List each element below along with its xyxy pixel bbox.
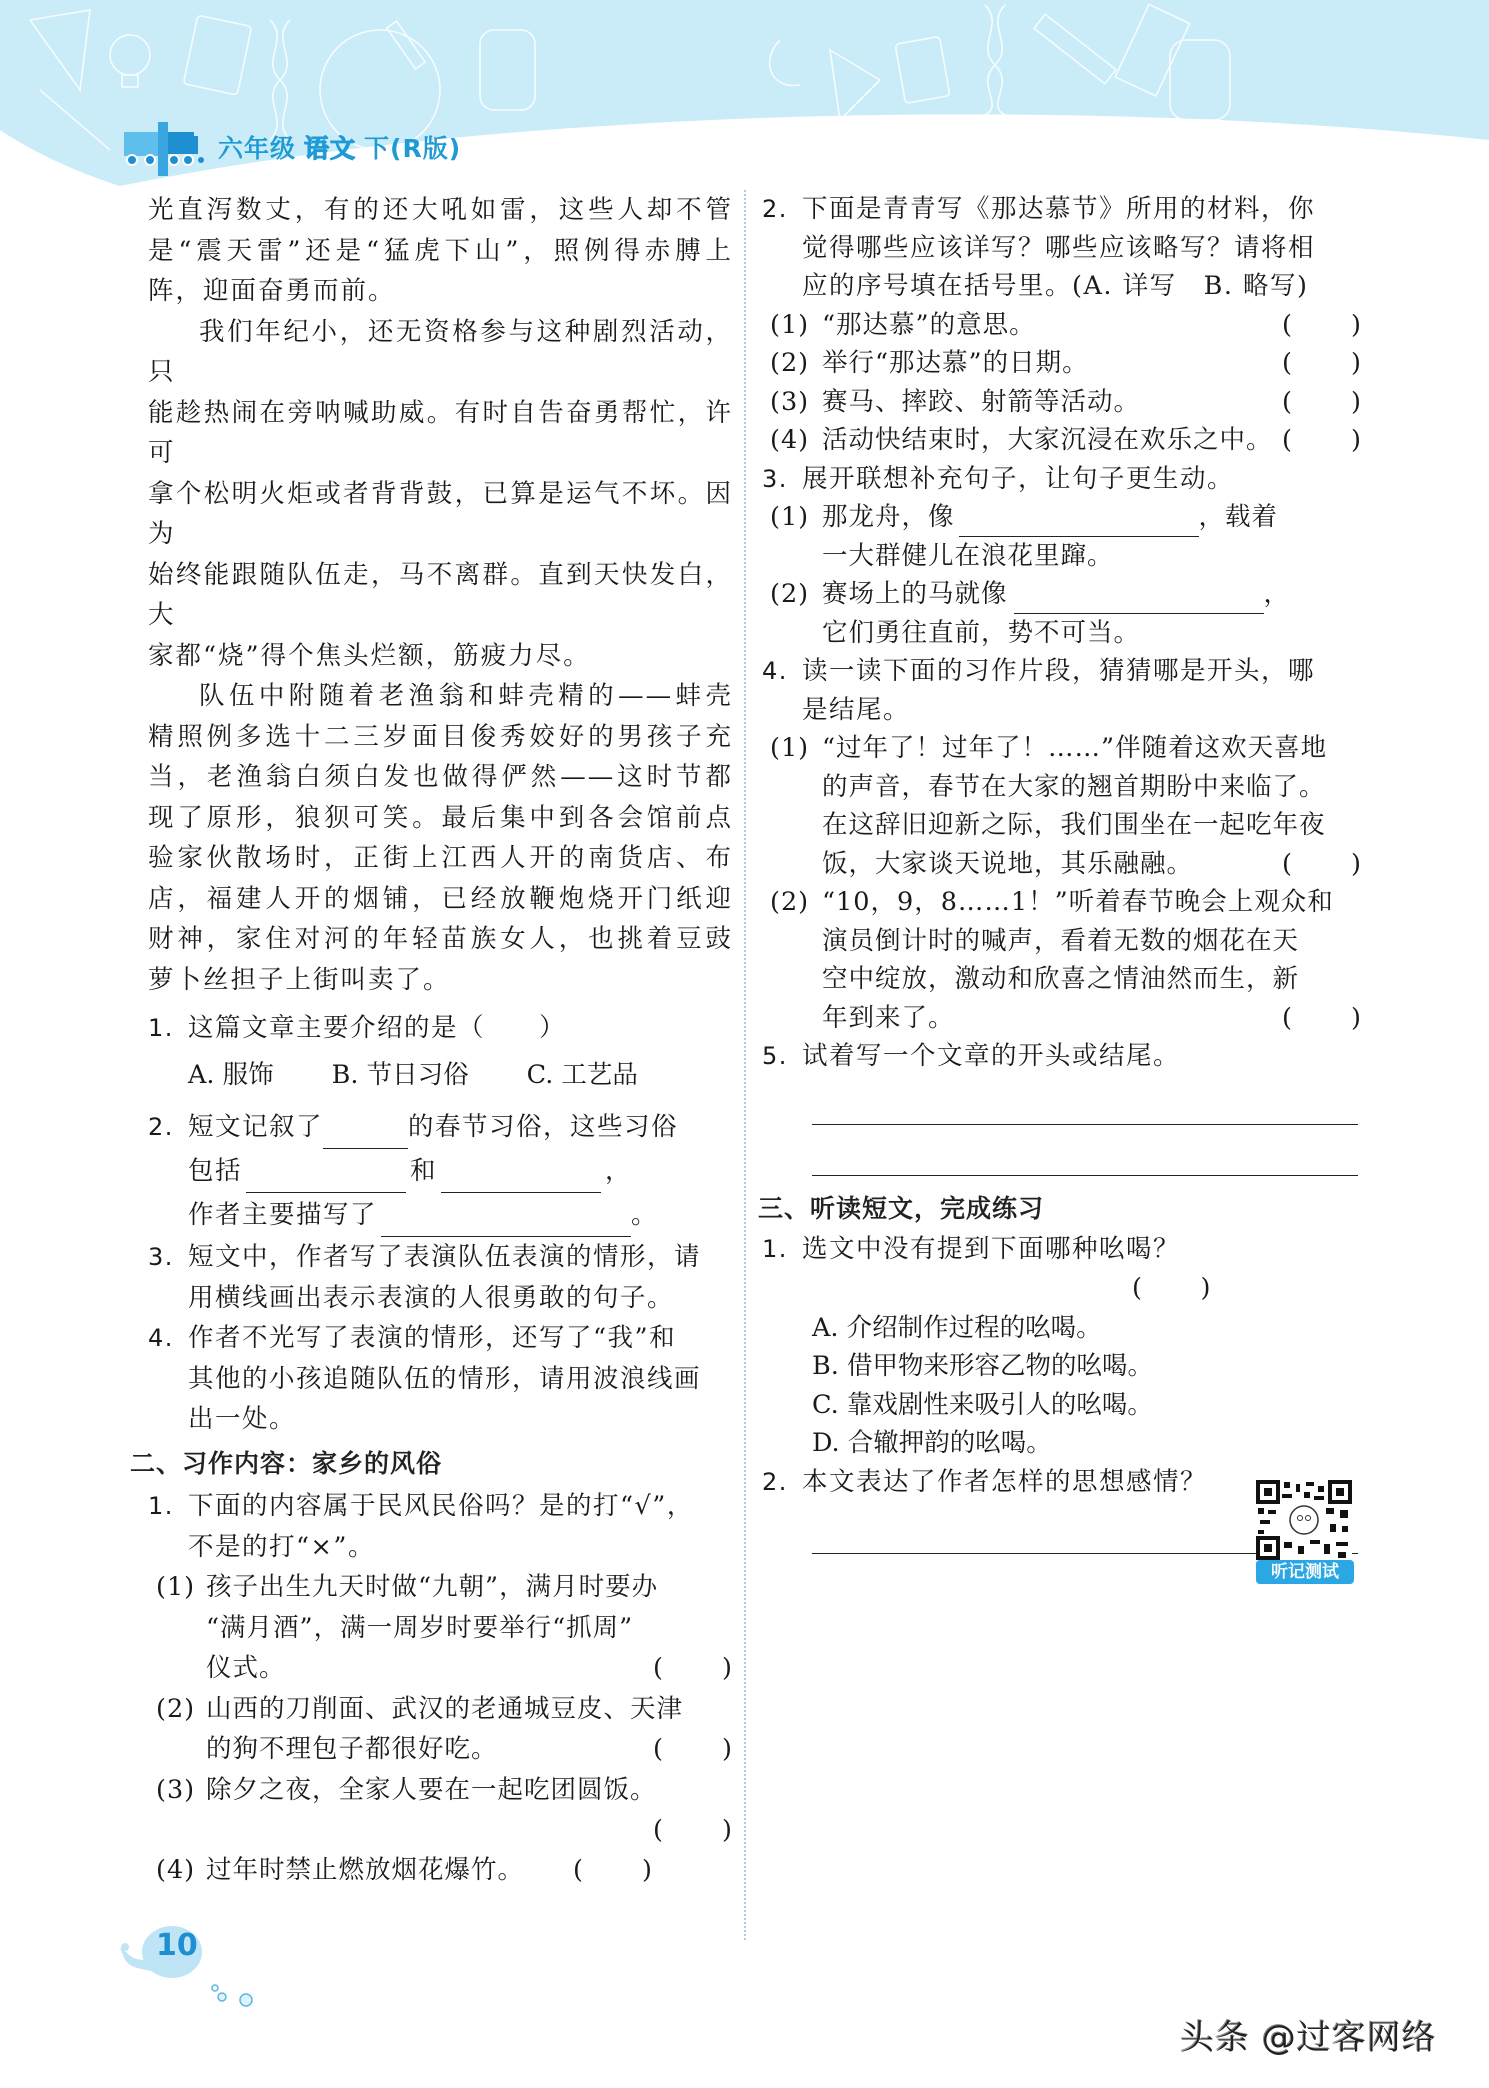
header-banner: 六年级 语文 下(R版) <box>0 0 1489 190</box>
question-text: 作者不光写了表演的情形，还写了“我”和 <box>188 1318 733 1359</box>
question-text: 应的序号填在括号里。(A. 详写 B. 略写) <box>802 267 1362 306</box>
passage-line: 是“震天雷”还是“猛虎下山”，照例得赤膊上 <box>148 231 733 272</box>
passage-line: 现了原形，狼狈可笑。最后集中到各会馆前点 <box>148 798 733 839</box>
item-text: 仪式。 <box>206 1653 286 1683</box>
passage-line: 能趁热闹在旁呐喊助威。有时自告奋勇帮忙，许可 <box>148 393 733 474</box>
dianzhong-logo-icon <box>122 118 204 176</box>
item-text: 赛马、摔跤、射箭等活动。 <box>822 387 1140 417</box>
item-text: 赛场上的马就像 <box>822 579 1008 609</box>
fill-blank[interactable] <box>323 1119 408 1149</box>
judge-item-1: (1) 孩子出生九天时做“九朝”，满月时要办 “满月酒”，满一周岁时要举行“抓周… <box>148 1567 733 1689</box>
section-3-question-1: 1. 选文中没有提到下面哪种吆喝？ ( ) <box>762 1230 1362 1309</box>
question-text: 下面是青青写《那达慕节》所用的材料，你 <box>802 190 1362 229</box>
option-c[interactable]: C. 靠戏剧性来吸引人的吆喝。 <box>812 1386 1362 1425</box>
question-number: 4. <box>762 652 788 691</box>
item-text: 举行“那达慕”的日期。 <box>822 348 1089 378</box>
question-text: 和 <box>410 1156 437 1186</box>
item-text: “那达慕”的意思。 <box>822 310 1036 340</box>
answer-paren[interactable]: ( ) <box>653 1810 733 1851</box>
option-d[interactable]: D. 合辙押韵的吆喝。 <box>812 1424 1362 1463</box>
detail-item-3: (3) 赛马、摔跤、射箭等活动。( ) <box>762 383 1362 422</box>
page-number-badge: 10 <box>110 1920 270 2010</box>
item-number: (4) <box>770 421 809 460</box>
question-text: 短文中，作者写了表演队伍表演的情形，请 <box>188 1237 733 1278</box>
passage-line: 我们年纪小，还无资格参与这种剧烈活动，只 <box>148 312 733 393</box>
section-2-question-3: 3. 展开联想补充句子，让句子更生动。 <box>762 460 1362 499</box>
item-text: 活动快结束时，大家沉浸在欢乐之中。 <box>822 425 1273 455</box>
question-3: 3. 短文中，作者写了表演队伍表演的情形，请 用横线画出表示表演的人很勇敢的句子… <box>148 1237 733 1318</box>
item-text: 演员倒计时的喊声，看着无数的烟花在天 <box>822 922 1362 961</box>
question-1-options: A. 服饰 B. 节日习俗 C. 工艺品 <box>148 1055 733 1096</box>
section-2-question-2: 2. 下面是青青写《那达慕节》所用的材料，你 觉得哪些应该详写？哪些应该略写？请… <box>762 190 1362 306</box>
question-number: 5. <box>762 1037 788 1076</box>
item-text: 饭，大家谈天说地，其乐融融。 <box>822 849 1193 879</box>
question-text: 短文记叙了 <box>188 1112 323 1142</box>
question-1: 1. 这篇文章主要介绍的是（ ） <box>148 1008 733 1049</box>
page-number: 10 <box>156 1928 198 1963</box>
passage-line: 阵，迎面奋勇而前。 <box>148 271 733 312</box>
answer-paren[interactable]: ( ) <box>653 1648 733 1689</box>
passage-line: 精照例多选十二三岁面目俊秀姣好的男孩子充 <box>148 717 733 758</box>
item-number: (2) <box>156 1689 195 1730</box>
answer-paren[interactable]: ( ) <box>1282 344 1362 383</box>
item-number: (2) <box>770 883 809 922</box>
option-a[interactable]: A. 介绍制作过程的吆喝。 <box>812 1309 1362 1348</box>
watermark: 头条 @过客网络 <box>1180 2010 1437 2059</box>
column-divider <box>744 190 746 1940</box>
item-text: 过年时禁止燃放烟花爆竹。 <box>206 1855 524 1885</box>
question-text: 不是的打“×”。 <box>188 1527 733 1568</box>
question-text: 包括 <box>188 1156 242 1186</box>
answer-line[interactable] <box>812 1175 1358 1176</box>
item-text: 在这辞旧迎新之际，我们围坐在一起吃年夜 <box>822 806 1362 845</box>
passage: 光直泻数丈，有的还大吼如雷，这些人却不管 是“震天雷”还是“猛虎下山”，照例得赤… <box>148 190 733 1000</box>
question-number: 2. <box>148 1105 174 1149</box>
question-text: 选文中没有提到下面哪种吆喝？ <box>802 1234 1180 1264</box>
question-number: 3. <box>148 1237 174 1278</box>
section-2-question-1: 1. 下面的内容属于民风民俗吗？是的打“√”， 不是的打“×”。 <box>148 1486 733 1567</box>
fill-blank[interactable] <box>246 1163 406 1193</box>
question-number: 4. <box>148 1318 174 1359</box>
fragment-item-2: (2) “10，9，8……1！”听着春节晚会上观众和 演员倒计时的喊声，看着无数… <box>762 883 1362 1037</box>
fill-blank[interactable] <box>1014 584 1264 614</box>
item-number: (2) <box>770 344 809 383</box>
section-2-question-5: 5. 试着写一个文章的开头或结尾。 <box>762 1037 1362 1076</box>
section-2-question-4: 4. 读一读下面的习作片段，猜猜哪是开头，哪 是结尾。 <box>762 652 1362 729</box>
item-text: ，载着 <box>1199 502 1279 532</box>
question-number: 2. <box>762 190 788 229</box>
option-b[interactable]: B. 节日习俗 <box>332 1055 469 1096</box>
item-text: 年到来了。 <box>822 1003 955 1033</box>
question-number: 1. <box>148 1008 174 1049</box>
option-b[interactable]: B. 借甲物来形容乙物的吆喝。 <box>812 1347 1362 1386</box>
judge-item-3: (3) 除夕之夜，全家人要在一起吃团圆饭。 ( ) <box>148 1770 733 1851</box>
answer-paren[interactable]: ( ) <box>1282 306 1362 345</box>
passage-line: 拿个松明火炬或者背背鼓，已算是运气不坏。因为 <box>148 474 733 555</box>
question-text: 试着写一个文章的开头或结尾。 <box>802 1041 1180 1071</box>
item-text: 除夕之夜，全家人要在一起吃团圆饭。 <box>206 1770 733 1811</box>
subject-label: 语文 <box>304 129 356 165</box>
detail-item-1: (1) “那达慕”的意思。( ) <box>762 306 1362 345</box>
item-number: (2) <box>770 575 809 614</box>
passage-line: 店，福建人开的烟铺，已经放鞭炮烧开门纸迎 <box>148 879 733 920</box>
item-number: (1) <box>770 498 809 537</box>
answer-paren[interactable]: ( ) <box>573 1850 653 1891</box>
item-text: 的狗不理包子都很好吃。 <box>206 1734 498 1764</box>
item-text: 空中绽放，激动和欣喜之情油然而生，新 <box>822 960 1362 999</box>
section-2-title: 二、习作内容：家乡的风俗 <box>130 1444 733 1485</box>
section-3-title: 三、听读短文，完成练习 <box>758 1190 1362 1229</box>
passage-line: 光直泻数丈，有的还大吼如雷，这些人却不管 <box>148 190 733 231</box>
question-number: 2. <box>762 1463 788 1502</box>
passage-line: 当，老渔翁白须白发也做得俨然——这时节都 <box>148 757 733 798</box>
question-text: 这篇文章主要介绍的是（ ） <box>188 1013 566 1043</box>
item-number: (1) <box>770 306 809 345</box>
fill-blank[interactable] <box>381 1207 631 1237</box>
section-3-question-1-options: A. 介绍制作过程的吆喝。 B. 借甲物来形容乙物的吆喝。 C. 靠戏剧性来吸引… <box>762 1309 1362 1463</box>
question-number: 1. <box>762 1230 788 1269</box>
option-c[interactable]: C. 工艺品 <box>527 1055 638 1096</box>
detail-item-4: (4) 活动快结束时，大家沉浸在欢乐之中。( ) <box>762 421 1362 460</box>
answer-paren[interactable]: ( ) <box>1282 999 1362 1038</box>
simile-item-1: (1) 那龙舟，像，载着 一大群健儿在浪花里蹿。 <box>762 498 1362 575</box>
question-text: ， <box>605 1156 632 1186</box>
answer-paren[interactable]: ( ) <box>1282 845 1362 884</box>
answer-paren[interactable]: ( ) <box>1132 1269 1212 1308</box>
question-text: 用横线画出表示表演的人很勇敢的句子。 <box>188 1278 733 1319</box>
item-text: 山西的刀削面、武汉的老通城豆皮、天津 <box>206 1689 733 1730</box>
qr-code-icon[interactable] <box>1256 1480 1352 1560</box>
qr-code-block[interactable]: 听记测试 <box>1256 1480 1354 1584</box>
question-text: 。 <box>631 1200 658 1230</box>
question-text: 展开联想补充句子，让句子更生动。 <box>802 464 1234 494</box>
item-number: (1) <box>770 729 809 768</box>
passage-line: 财神，家住对河的年轻苗族女人，也挑着豆豉 <box>148 919 733 960</box>
simile-item-2: (2) 赛场上的马就像， 它们勇往直前，势不可当。 <box>762 575 1362 652</box>
listening-test-label: 听记测试 <box>1256 1560 1354 1584</box>
option-a[interactable]: A. 服饰 <box>188 1055 274 1096</box>
passage-line: 验家伙散场时，正街上江西人开的南货店、布 <box>148 838 733 879</box>
fill-blank[interactable] <box>441 1163 601 1193</box>
question-text: 出一处。 <box>188 1399 733 1440</box>
question-text: 觉得哪些应该详写？哪些应该略写？请将相 <box>802 229 1362 268</box>
item-text: 它们勇往直前，势不可当。 <box>822 614 1362 653</box>
answer-paren[interactable]: ( ) <box>1282 383 1362 422</box>
item-text: “满月酒”，满一周岁时要举行“抓周” <box>206 1608 733 1649</box>
fill-blank[interactable] <box>959 507 1199 537</box>
detail-item-2: (2) 举行“那达慕”的日期。( ) <box>762 344 1362 383</box>
answer-paren[interactable]: ( ) <box>653 1729 733 1770</box>
question-text: 是结尾。 <box>802 691 1362 730</box>
question-text: 本文表达了作者怎样的思想感情？ <box>802 1467 1207 1497</box>
passage-line: 家都“烧”得个焦头烂额，筋疲力尽。 <box>148 636 733 677</box>
fragment-item-1: (1) “过年了！过年了！……”伴随着这欢天喜地 的声音，春节在大家的翘首期盼中… <box>762 729 1362 883</box>
item-number: (3) <box>770 383 809 422</box>
question-text: 读一读下面的习作片段，猜猜哪是开头，哪 <box>802 652 1362 691</box>
question-text: 其他的小孩追随队伍的情形，请用波浪线画 <box>188 1359 733 1400</box>
question-2: 2. 短文记叙了的春节习俗，这些习俗 包括和， 作者主要描写了。 <box>148 1105 733 1237</box>
item-text: ， <box>1264 579 1291 609</box>
item-number: (1) <box>156 1567 195 1608</box>
question-text: 作者主要描写了 <box>188 1200 377 1230</box>
passage-line: 萝卜丝担子上街叫卖了。 <box>148 960 733 1001</box>
item-text: “过年了！过年了！……”伴随着这欢天喜地 <box>822 729 1362 768</box>
item-text: 那龙舟，像 <box>822 502 955 532</box>
item-text: 一大群健儿在浪花里蹿。 <box>822 537 1362 576</box>
brand: 六年级 语文 下(R版) <box>122 118 461 176</box>
item-number: (4) <box>156 1850 195 1891</box>
passage-line: 始终能跟随队伍走，马不离群。直到天快发白，大 <box>148 555 733 636</box>
question-number: 1. <box>148 1486 174 1527</box>
question-number: 3. <box>762 460 788 499</box>
item-text: “10，9，8……1！”听着春节晚会上观众和 <box>822 883 1362 922</box>
question-text: 下面的内容属于民风民俗吗？是的打“√”， <box>188 1486 733 1527</box>
judge-item-4: (4) 过年时禁止燃放烟花爆竹。( ) <box>148 1850 733 1891</box>
passage-line: 队伍中附随着老渔翁和蚌壳精的——蚌壳 <box>148 676 733 717</box>
right-column: 2. 下面是青青写《那达慕节》所用的材料，你 觉得哪些应该详写？哪些应该略写？请… <box>762 190 1362 1554</box>
answer-paren[interactable]: ( ) <box>1282 421 1362 460</box>
item-text: 的声音，春节在大家的翘首期盼中来临了。 <box>822 768 1362 807</box>
edition-label: 下(R版) <box>364 129 461 165</box>
item-number: (3) <box>156 1770 195 1811</box>
item-text: 孩子出生九天时做“九朝”，满月时要办 <box>206 1567 733 1608</box>
question-4: 4. 作者不光写了表演的情形，还写了“我”和 其他的小孩追随队伍的情形，请用波浪… <box>148 1318 733 1440</box>
grade-label: 六年级 <box>218 129 296 165</box>
question-text: 的春节习俗，这些习俗 <box>408 1112 678 1142</box>
judge-item-2: (2) 山西的刀削面、武汉的老通城豆皮、天津 的狗不理包子都很好吃。( ) <box>148 1689 733 1770</box>
left-column: 光直泻数丈，有的还大吼如雷，这些人却不管 是“震天雷”还是“猛虎下山”，照例得赤… <box>148 190 733 1891</box>
